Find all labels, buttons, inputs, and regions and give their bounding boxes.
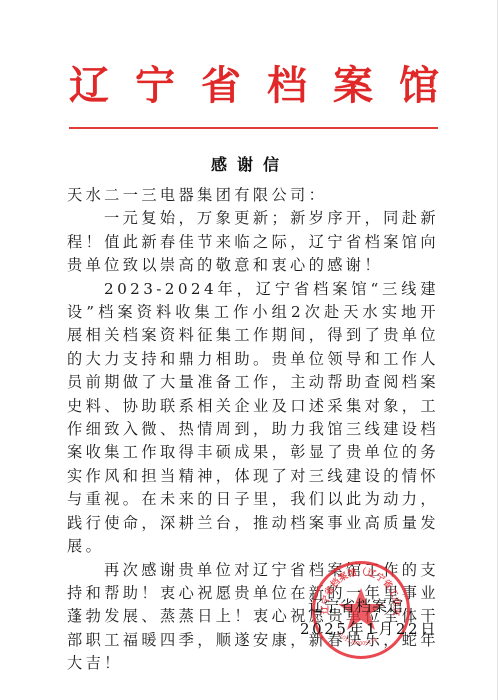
letterhead-organization: 辽 宁 省 档 案 馆 <box>66 62 442 110</box>
letterhead-char: 宁 <box>132 62 178 110</box>
document-title: 感谢信 <box>0 152 500 175</box>
signature-block: 辽宁省档案馆 2025年1月22日 <box>300 595 450 641</box>
page-edge-divider <box>497 0 498 700</box>
letter-page: 辽 宁 省 档 案 馆 感谢信 天水二一三电器集团有限公司： 一元复始，万象更新… <box>0 0 500 700</box>
letterhead-red-rule <box>69 127 438 129</box>
letterhead-char: 省 <box>198 62 244 110</box>
letterhead-char: 案 <box>330 62 376 110</box>
letterhead-char: 馆 <box>396 62 442 110</box>
letterhead-char: 档 <box>264 62 310 110</box>
signature-organization: 辽宁省档案馆 <box>300 595 450 618</box>
salutation: 天水二一三电器集团有限公司： <box>67 184 439 207</box>
paragraph-greeting: 一元复始，万象更新；新岁序开，同赴新程！值此新春佳节来临之际，辽宁省档案馆向贵单… <box>67 207 439 277</box>
letterhead-char: 辽 <box>66 62 112 110</box>
signature-date: 2025年1月22日 <box>300 618 450 641</box>
paragraph-main: 2023-2024年，辽宁省档案馆“三线建设”档案资料收集工作小组2次赴天水实地… <box>67 278 439 559</box>
